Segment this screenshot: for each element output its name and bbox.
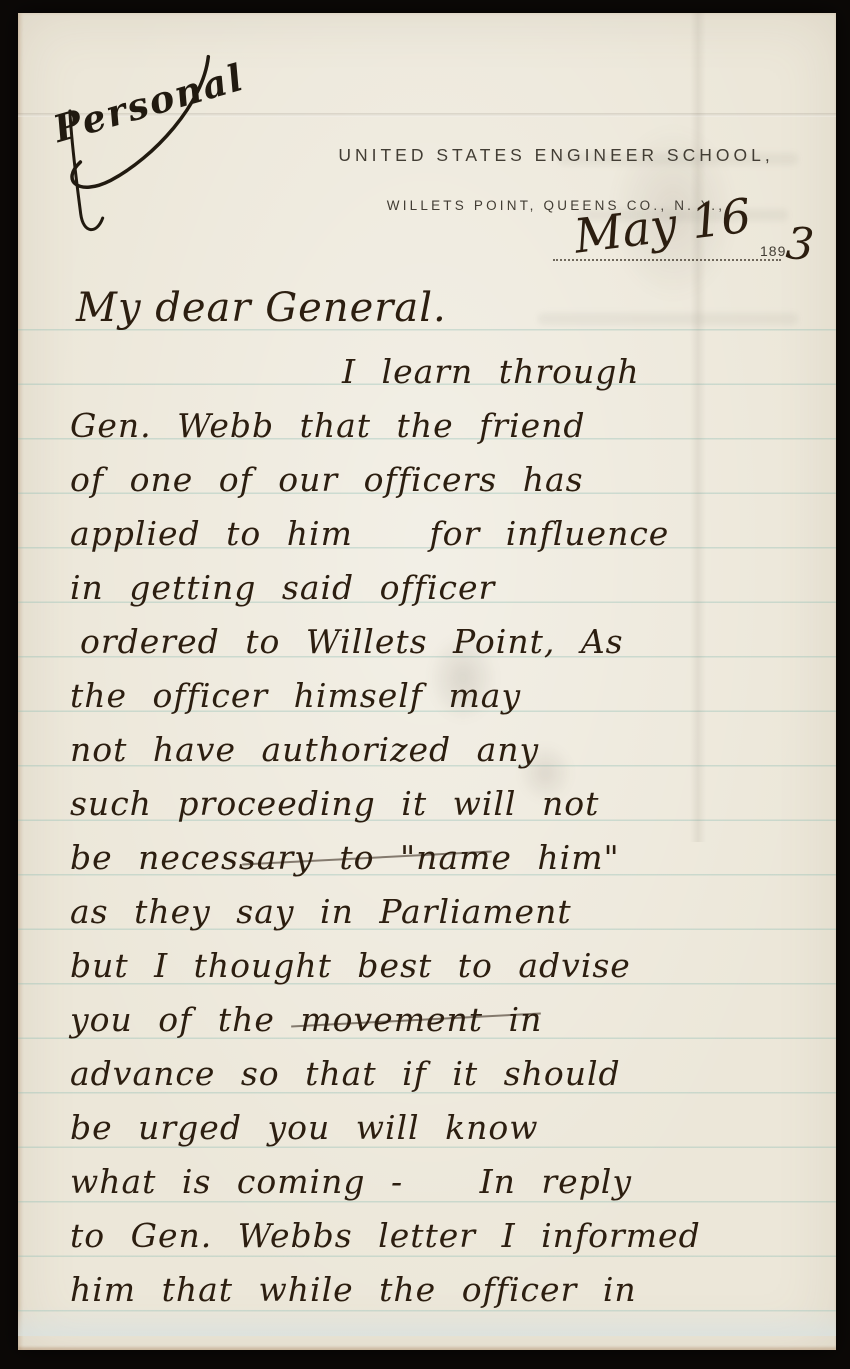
handwritten-line: the officer himself may [70, 669, 826, 723]
salutation: My dear General. [76, 285, 447, 331]
letter-paper: Personal UNITED STATES ENGINEER SCHOOL, … [18, 13, 836, 1350]
handwritten-line: of one of our officers has [70, 453, 826, 507]
handwritten-line: as they say in Parliament [70, 885, 826, 939]
handwritten-line: what is coming - In reply [70, 1155, 826, 1209]
handwritten-line: ordered to Willets Point, As [70, 615, 826, 669]
handwritten-line: not have authorized any [70, 723, 826, 777]
handwritten-line: you of the movement in [70, 993, 826, 1047]
handwritten-line: such proceeding it will not [70, 777, 826, 831]
paper-bottom-fold [18, 1306, 836, 1336]
handwritten-line: be necessary to "name him" [70, 831, 826, 885]
handwritten-line: but I thought best to advise [70, 939, 826, 993]
handwritten-line: advance so that if it should [70, 1047, 826, 1101]
handwritten-line: to Gen. Webbs letter I informed [70, 1209, 826, 1263]
scan-backdrop: { "scan": { "backdrop_color": "#0c0907",… [0, 0, 850, 1369]
year-printed-prefix: 189 [760, 243, 786, 259]
handwritten-line: be urged you will know [70, 1101, 826, 1155]
handwritten-line: applied to him for influence [70, 507, 826, 561]
letter-body: I learn through Gen. Webb that the frien… [70, 345, 826, 1317]
ghost-writing-mark [538, 313, 798, 325]
personal-annotation: Personal [23, 26, 284, 260]
handwritten-line: in getting said officer [70, 561, 826, 615]
handwritten-line: Gen. Webb that the friend [70, 399, 826, 453]
year-handwritten-digit: 3 [784, 218, 815, 271]
handwritten-line: I learn through [70, 345, 826, 399]
letterhead-location-line: WILLETS POINT, QUEENS CO., N. Y., [266, 198, 846, 213]
letterhead-school-line: UNITED STATES ENGINEER SCHOOL, [266, 145, 846, 166]
